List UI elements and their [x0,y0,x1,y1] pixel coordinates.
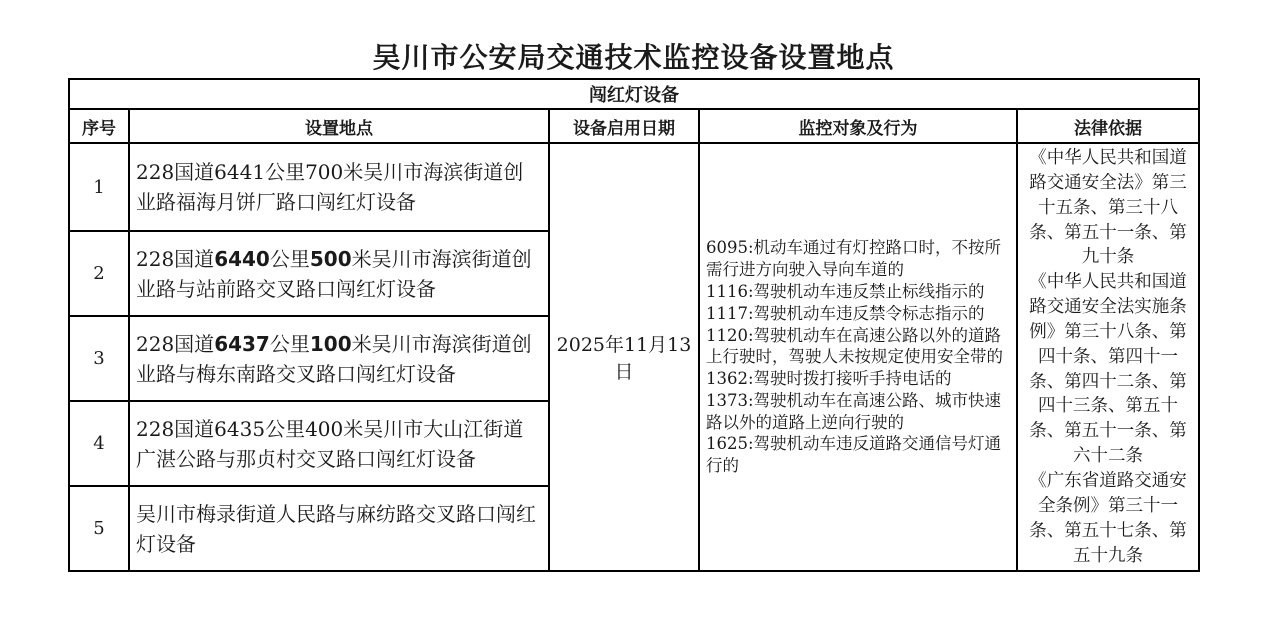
location-cell: 228国道6437公里100米吴川市海滨街道创业路与梅东南路交叉路口闯红灯设备 [129,316,549,401]
activation-date-cell: 2025年11月13日 [549,143,699,571]
row-number-cell: 2 [69,231,129,316]
section-header: 闯红灯设备 [69,79,1199,109]
location-text-segment: 公里 [270,332,310,356]
location-cell: 228国道6441公里700米吴川市海滨街道创业路福海月饼厂路口闯红灯设备 [129,143,549,231]
document-page: 吴川市公安局交通技术监控设备设置地点 闯红灯设备 序号设置地点设备启用日期监控对… [0,0,1267,640]
legal-basis-item: 《广东省道路交通安全条例》第三十一条、第五十七条、第五十九条 [1024,469,1192,568]
behavior-item: 1373:驾驶机动车在高速公路、城市快速路以外的道路上逆向行驶的 [706,390,1010,434]
behavior-item: 1120:驾驶机动车在高速公路以外的道路上行驶时，驾驶人未按规定使用安全带的 [706,325,1010,369]
location-cell: 吴川市梅录街道人民路与麻纺路交叉路口闯红灯设备 [129,486,549,571]
monitoring-devices-table: 闯红灯设备 序号设置地点设备启用日期监控对象及行为法律依据 1228国道6441… [68,78,1200,572]
column-header: 监控对象及行为 [699,109,1017,143]
location-text-segment: 228国道6441公里700米吴川市海滨街道创业路福海月饼厂路口闯红灯设备 [136,160,523,214]
location-text-segment: 228国道6435公里400米吴川市大山江街道广湛公路与那贞村交叉路口闯红灯设备 [136,417,523,471]
monitored-behaviors-cell: 6095:机动车通过有灯控路口时，不按所需行进方向驶入导向车道的1116:驾驶机… [699,143,1017,571]
behavior-item: 6095:机动车通过有灯控路口时，不按所需行进方向驶入导向车道的 [706,237,1010,281]
location-cell: 228国道6435公里400米吴川市大山江街道广湛公路与那贞村交叉路口闯红灯设备 [129,401,549,486]
behavior-item: 1116:驾驶机动车违反禁止标线指示的 [706,281,1010,303]
location-text-segment: 100 [310,332,352,356]
row-number-cell: 1 [69,143,129,231]
table-row: 1228国道6441公里700米吴川市海滨街道创业路福海月饼厂路口闯红灯设备20… [69,143,1199,231]
page-title: 吴川市公安局交通技术监控设备设置地点 [0,36,1267,76]
location-text-segment: 6437 [214,332,270,356]
column-header-row: 序号设置地点设备启用日期监控对象及行为法律依据 [69,109,1199,143]
location-text-segment: 吴川市梅录街道人民路与麻纺路交叉路口闯红灯设备 [136,502,536,556]
legal-basis-cell: 《中华人民共和国道路交通安全法》第三十五条、第三十八条、第五十一条、第九十条《中… [1017,143,1199,571]
location-text-segment: 6440 [214,247,270,271]
location-text-segment: 228国道 [136,332,214,356]
row-number-cell: 4 [69,401,129,486]
column-header: 法律依据 [1017,109,1199,143]
behavior-item: 1625:驾驶机动车违反道路交通信号灯通行的 [706,433,1010,477]
row-number-cell: 5 [69,486,129,571]
column-header: 设置地点 [129,109,549,143]
column-header: 序号 [69,109,129,143]
section-header-row: 闯红灯设备 [69,79,1199,109]
location-text-segment: 500 [310,247,352,271]
table-body: 1228国道6441公里700米吴川市海滨街道创业路福海月饼厂路口闯红灯设备20… [69,143,1199,571]
location-text-segment: 公里 [270,247,310,271]
behavior-item: 1362:驾驶时拨打接听手持电话的 [706,368,1010,390]
legal-basis-item: 《中华人民共和国道路交通安全法》第三十五条、第三十八条、第五十一条、第九十条 [1024,146,1192,270]
location-text-segment: 228国道 [136,247,214,271]
behavior-item: 1117:驾驶机动车违反禁令标志指示的 [706,303,1010,325]
row-number-cell: 3 [69,316,129,401]
table-head: 闯红灯设备 序号设置地点设备启用日期监控对象及行为法律依据 [69,79,1199,143]
location-cell: 228国道6440公里500米吴川市海滨街道创业路与站前路交叉路口闯红灯设备 [129,231,549,316]
legal-basis-item: 《中华人民共和国道路交通安全法实施条例》第三十八条、第四十条、第四十一条、第四十… [1024,270,1192,469]
column-header: 设备启用日期 [549,109,699,143]
